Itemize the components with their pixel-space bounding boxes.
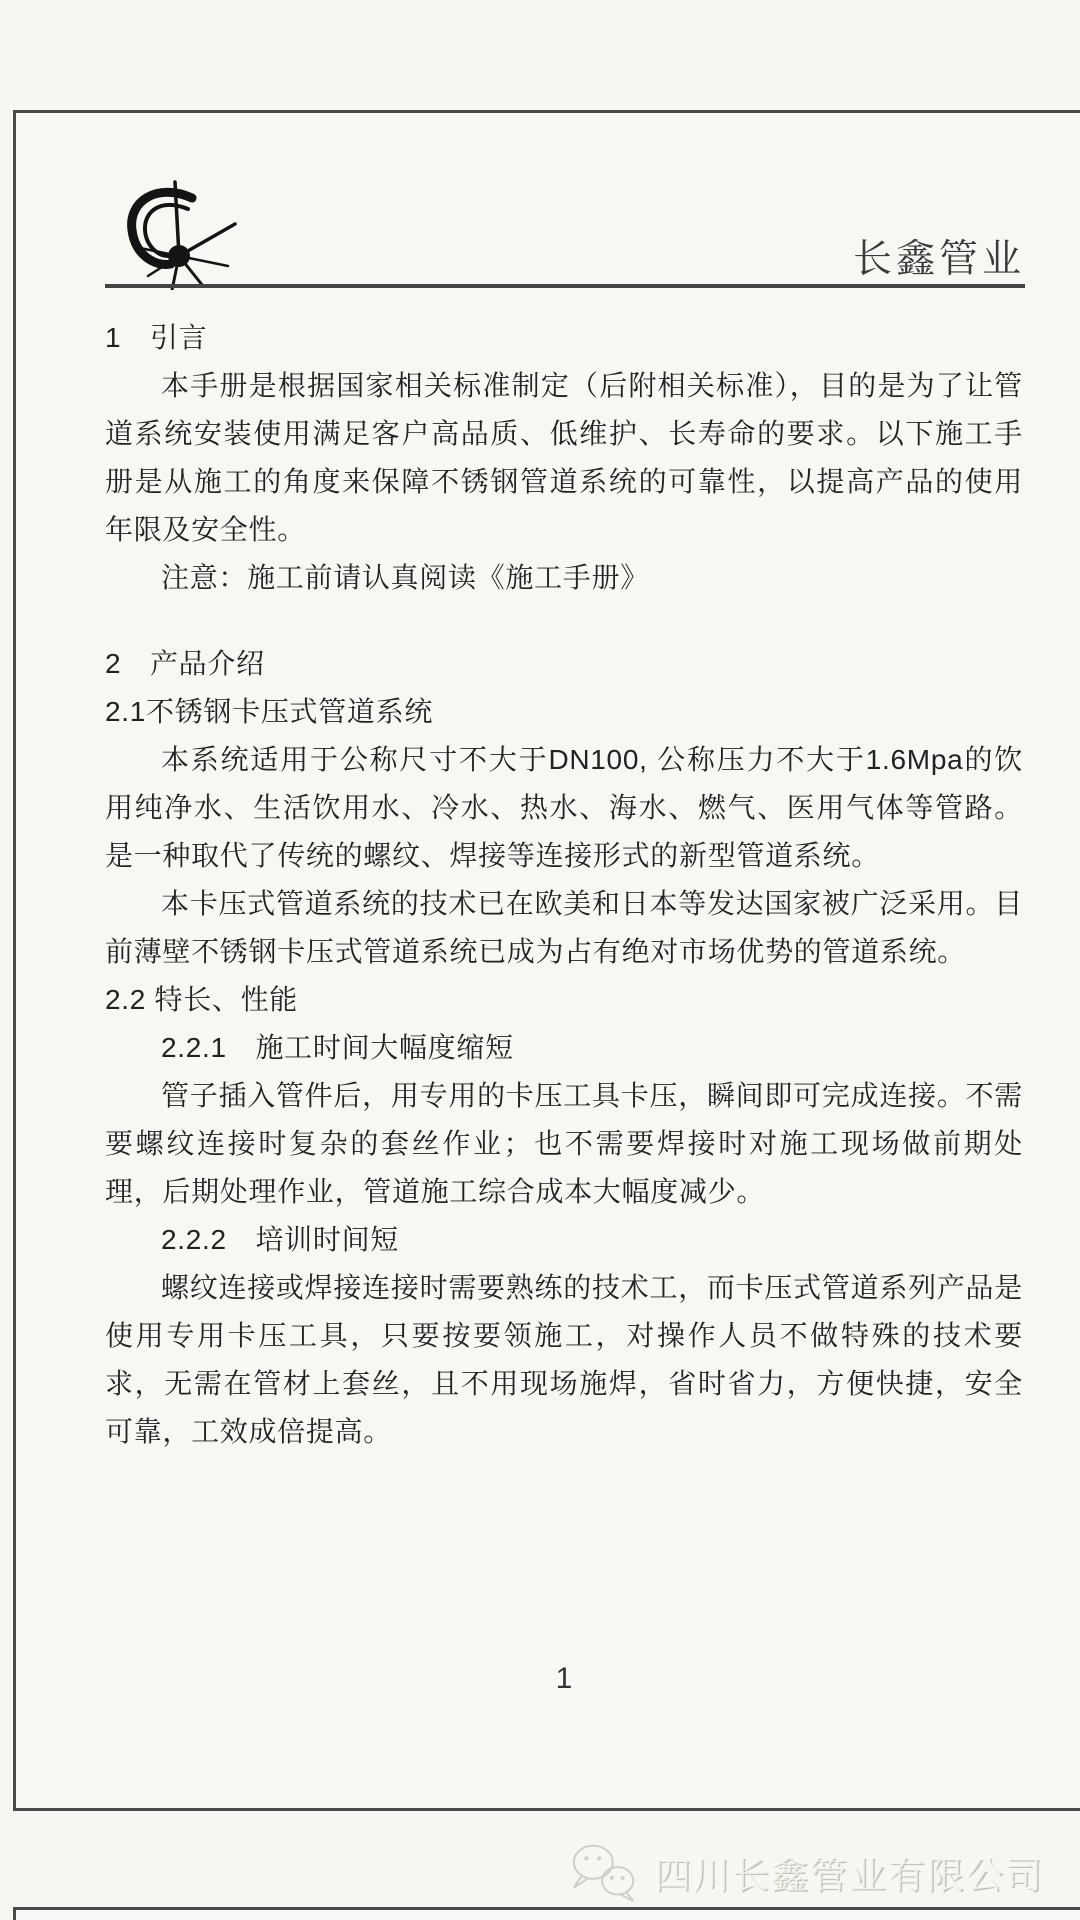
doc-paragraph: 管子插入管件后，用专用的卡压工具卡压，瞬间即可完成连接。不需要螺纹连接时复杂的套…: [105, 1072, 1023, 1216]
document-body: 1 引言本手册是根据国家相关标准制定（后附相关标准），目的是为了让管道系统安装使…: [105, 314, 1023, 1456]
next-page-border-frame: [13, 1907, 1080, 1920]
header-rule: [105, 284, 1025, 288]
doc-heading-1: 2 产品介绍: [105, 640, 1023, 688]
page-number: 1: [105, 1662, 1023, 1696]
comet-star-logo-icon: [100, 178, 240, 290]
doc-paragraph: 本手册是根据国家相关标准制定（后附相关标准），目的是为了让管道系统安装使用满足客…: [105, 362, 1023, 554]
company-watermark: 四川长鑫管业有限公司: [566, 1840, 1044, 1904]
doc-paragraph: 螺纹连接或焊接连接时需要熟练的技术工，而卡压式管道系列产品是使用专用卡压工具，只…: [105, 1264, 1023, 1456]
doc-heading-2: 2.2 特长、性能: [105, 976, 1023, 1024]
doc-heading-3: 2.2.1 施工时间大幅度缩短: [105, 1024, 1023, 1072]
doc-heading-1: 1 引言: [105, 314, 1023, 362]
doc-paragraph: 本系统适用于公称尺寸不大于DN100, 公称压力不大于1.6Mpa的饮用纯净水、…: [105, 736, 1023, 880]
doc-paragraph: 本卡压式管道系统的技术已在欧美和日本等发达国家被广泛采用。目前薄壁不锈钢卡压式管…: [105, 880, 1023, 976]
doc-heading-2: 2.1不锈钢卡压式管道系统: [105, 688, 1023, 736]
wechat-icon: [566, 1840, 644, 1904]
doc-paragraph: 注意：施工前请认真阅读《施工手册》: [105, 554, 1023, 602]
watermark-company-name: 四川长鑫管业有限公司: [654, 1845, 1044, 1899]
brand-title: 长鑫管业: [853, 228, 1025, 284]
doc-heading-3: 2.2.2 培训时间短: [105, 1216, 1023, 1264]
